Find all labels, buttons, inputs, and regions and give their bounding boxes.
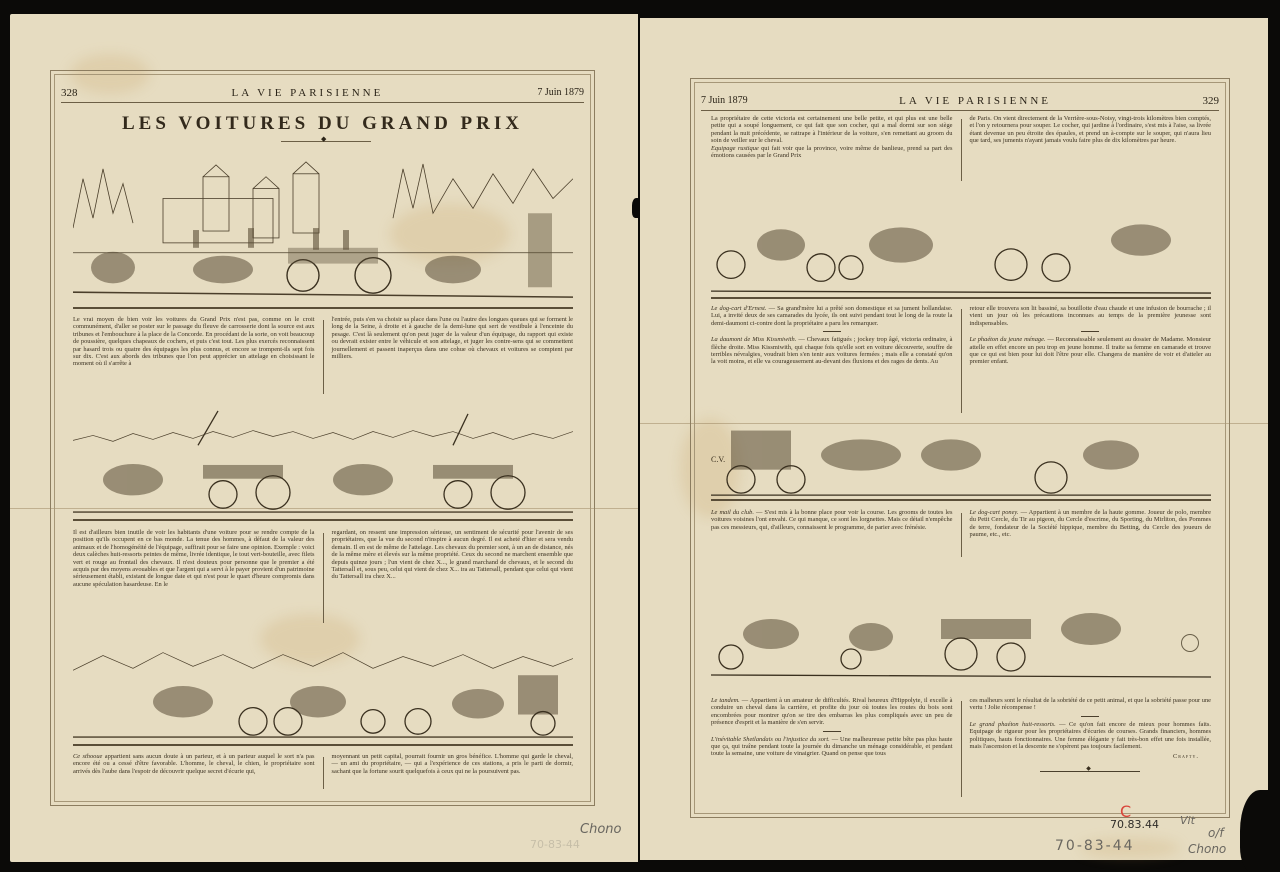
paragraph: moyennant un petit capital, pourrait fou… (332, 753, 574, 793)
illustration-carriages-at-tribunes (73, 159, 573, 309)
right-page: 7 Juin 1879 LA VIE PARISIENNE 329 La pro… (640, 18, 1268, 860)
paragraph: Il est d'ailleurs bien inutile de voir l… (73, 529, 315, 627)
left-page: 328 LA VIE PARISIENNE 7 Juin 1879 LES VO… (10, 14, 638, 862)
page-number: 328 (61, 87, 78, 99)
paragraph: ces malheurs sont le résultat de la sobr… (970, 697, 1212, 801)
pencil-note: Vit (1180, 814, 1195, 827)
issue-date: 7 Juin 1879 (537, 87, 584, 98)
paragraph: Le dog-cart poney. — Appartient à un mem… (970, 509, 1212, 561)
pencil-note: Chono (580, 822, 621, 837)
text-block-3: Le mail du club. — S'est mis à la bonne … (711, 509, 1211, 561)
pencil-note: Chono (1188, 842, 1226, 856)
faded-stamp: 70-83-44 (530, 838, 580, 851)
author-signature: Crafty. (970, 753, 1212, 760)
engraving-tandem-icon (711, 579, 1211, 691)
paragraph: Le vrai moyen de bien voir les voitures … (73, 316, 315, 398)
text-block-3: Ce sthooue appartient sans aucun doute à… (73, 753, 573, 793)
torn-corner (1240, 790, 1280, 872)
illustration-club-mail-coach: C.V. (711, 411, 1211, 501)
text-block-2: Il est d'ailleurs bien inutile de voir l… (73, 529, 573, 627)
pencil-number: 70-83-44 (1055, 838, 1135, 854)
engraving-calashes-icon (73, 406, 573, 519)
paragraph: regardant, on ressent une impression sér… (332, 529, 574, 627)
illustrator-signature: C.V. (711, 455, 725, 464)
paragraph: l'entrée, puis s'en va choisir sa place … (332, 316, 574, 398)
text-block-1: Le vrai moyen de bien voir les voitures … (73, 316, 573, 398)
paragraph: Le tandem. — Appartient à un amateur de … (711, 697, 953, 801)
paragraph: La propriétaire de cette victoria est ce… (711, 115, 953, 185)
engraving-carriages-icon (73, 159, 573, 307)
text-block-1: La propriétaire de cette victoria est ce… (711, 115, 1211, 185)
left-page-frame: 328 LA VIE PARISIENNE 7 Juin 1879 LES VO… (50, 70, 595, 806)
masthead: LA VIE PARISIENNE (899, 95, 1051, 107)
paragraph: Ce sthooue appartient sans aucun doute à… (73, 753, 315, 793)
paragraph: de Paris. On vient directement de la Ver… (970, 115, 1212, 185)
masthead: LA VIE PARISIENNE (231, 87, 383, 99)
illustration-dogcart-daumont-phaeton (711, 191, 1211, 299)
illustration-tandem-shetland-phaeton (711, 579, 1211, 691)
paragraph: Le mail du club. — S'est mis à la bonne … (711, 509, 953, 561)
text-block-2: Le dog-cart d'Ernest. — Sa grand'mère lu… (711, 305, 1211, 417)
issue-date: 7 Juin 1879 (701, 95, 748, 106)
illustration-horses-waiting (73, 631, 573, 746)
article-title: LES VOITURES DU GRAND PRIX (51, 113, 594, 135)
engraving-mailcoach-icon: C.V. (711, 411, 1211, 499)
round-stamp (1181, 634, 1199, 652)
paragraph: retour elle trouvera son lit bassiné, sa… (970, 305, 1212, 417)
engraving-horses-icon (73, 631, 573, 744)
text-block-4: Le tandem. — Appartient à un amateur de … (711, 697, 1211, 801)
right-page-frame: 7 Juin 1879 LA VIE PARISIENNE 329 La pro… (690, 78, 1230, 818)
right-page-header: 7 Juin 1879 LA VIE PARISIENNE 329 (701, 91, 1219, 111)
paragraph: Le dog-cart d'Ernest. — Sa grand'mère lu… (711, 305, 953, 417)
catalog-number: 70.83.44 (1110, 818, 1159, 831)
pencil-note: o/f (1208, 826, 1224, 840)
left-page-header: 328 LA VIE PARISIENNE 7 Juin 1879 (61, 83, 584, 103)
title-ornament (281, 141, 371, 142)
end-ornament (1040, 771, 1140, 772)
page-number: 329 (1202, 95, 1219, 107)
illustration-two-calashes (73, 406, 573, 521)
engraving-dogcarts-icon (711, 191, 1211, 297)
